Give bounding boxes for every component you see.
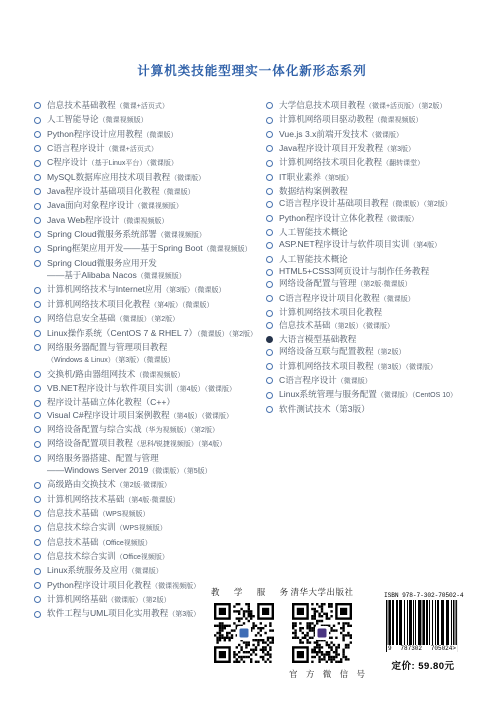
bullet-circle-icon	[34, 539, 41, 546]
book-list-item: Linux系统服务及应用（微课版）	[34, 564, 270, 578]
bullet-circle-icon	[266, 102, 273, 109]
bullet-circle-icon	[34, 582, 41, 589]
book-list-item: Java Web程序设计（微课视频版）	[34, 214, 270, 228]
bullet-circle-icon	[34, 217, 41, 224]
book-list-item: 软件测试技术（第3版）	[266, 403, 502, 415]
book-title-line: 交换机/路由器组网技术（微课视频版）	[47, 368, 270, 382]
bullet-circle-icon	[34, 231, 41, 238]
barcode-digit-group: 9	[387, 645, 393, 653]
bullet-circle-icon	[34, 131, 41, 138]
book-list-left-column: 信息技术基础教程（微课+活页式）人工智能导论（微课视频版）Python程序设计应…	[34, 99, 270, 622]
book-title-line: ASP.NET程序设计与软件项目实训（第4版）	[279, 238, 502, 252]
book-title-line: Python程序设计立体化教程（微课版）	[279, 212, 502, 226]
bullet-circle-icon	[34, 400, 41, 407]
press-wechat-qr-code-icon	[292, 603, 352, 663]
book-title-line: Linux系统服务及应用（微课版）	[47, 564, 270, 578]
book-title-line: Java程序设计基础项目化教程（微课版）	[47, 185, 270, 199]
book-title-line: IT职业素养（第5版）	[279, 171, 502, 185]
barcode-digits: 9 787302 705024>	[387, 645, 457, 653]
bullet-circle-icon	[266, 215, 273, 222]
bullet-circle-icon	[34, 102, 41, 109]
bullet-circle-icon	[266, 310, 273, 317]
bullet-circle-icon	[34, 596, 41, 603]
book-list-item: 计算机网络基础（微课版）（第2版）	[34, 593, 270, 607]
book-title-line: 计算机网络技术项目化教程	[279, 306, 502, 318]
bullet-circle-icon	[34, 482, 41, 489]
bullet-circle-icon	[34, 412, 41, 419]
book-title-line: MySQL数据库应用技术项目教程（微课版）	[47, 171, 270, 185]
bullet-circle-icon	[34, 301, 41, 308]
book-title-line: 软件工程与UML项目化实用教程（第3版）	[47, 607, 270, 621]
bullet-circle-icon	[266, 377, 273, 384]
book-title-line: C语言程序设计（微课版）	[279, 374, 502, 388]
book-title-line: Python程序设计应用教程（微课版）	[47, 128, 270, 142]
bullet-circle-icon	[34, 117, 41, 124]
book-title-line: 人工智能技术概论	[279, 253, 502, 265]
book-title-line: ——Windows Server 2019（微课版）（第5版）	[47, 464, 270, 478]
book-list-item: 人工智能技术概论	[266, 226, 502, 238]
press-label: 清华大学出版社	[289, 586, 355, 598]
book-title-line: 软件测试技术（第3版）	[279, 403, 502, 415]
book-title-line: Java面向对象程序设计（微课视频版）	[47, 199, 270, 213]
barcode-digit-group: 705024>	[430, 645, 457, 653]
book-list-item: C语言程序设计（微课+活页式）	[34, 142, 270, 156]
book-title-line: 大语言模型基础教程	[279, 333, 502, 345]
book-title-line: Java程序设计项目开发教程（第3版）	[279, 142, 502, 156]
book-list-item: Spring Cloud微服务系统部署（微课视频版）	[34, 228, 270, 242]
book-list-item: Java程序设计项目开发教程（第3版）	[266, 142, 502, 156]
book-list-item: 网络设备互联与配置教程（第2版）	[266, 345, 502, 359]
book-list-item: 交换机/路由器组网技术（微课视频版）	[34, 368, 270, 382]
book-title-line: ——基于Alibaba Nacos（微课视频版）	[47, 269, 270, 283]
bullet-filled-icon	[266, 336, 273, 343]
book-list-item: 人工智能技术概论	[266, 253, 502, 265]
bullet-circle-icon	[266, 174, 273, 181]
book-list-item: 大学信息技术项目教程（微课+活页版）（第2版）	[266, 99, 502, 113]
book-title-line: 信息技术基础（Office视频版）	[47, 536, 270, 550]
book-title-line: 计算机网络技术项目化教程（第4版）（微课版）	[47, 298, 270, 312]
book-list-item: 信息技术基础（WPS视频版）	[34, 507, 270, 521]
book-title-line: Spring Cloud微服务系统部署（微课视频版）	[47, 228, 270, 242]
book-title-line: 计算机网络技术项目教程（第3版）（微课版）	[279, 360, 502, 374]
book-title-line: Spring框架应用开发——基于Spring Boot（微课视频版）	[47, 242, 270, 256]
barcode-digit-group: 787302	[399, 645, 423, 653]
bullet-circle-icon	[266, 349, 273, 356]
book-list-item: 信息技术综合实训（WPS视频版）	[34, 521, 270, 535]
wechat-caption: 官 方 微 信 号	[289, 668, 355, 680]
isbn-block: ISBN 978-7-302-70502-4 9 787302 705024> …	[384, 592, 462, 672]
bullet-circle-icon	[34, 441, 41, 448]
bullet-circle-icon	[266, 281, 273, 288]
book-title-line: Visual C#程序设计项目案例教程（第4版）（微课版）	[47, 409, 270, 423]
book-list-item: Vue.js 3.x前端开发技术（微课版）	[266, 128, 502, 142]
bullet-circle-icon	[34, 426, 41, 433]
book-list-item: 计算机网络技术与Internet应用（第3版）（微课版）	[34, 283, 270, 297]
book-title-line: 信息技术基础（第2版）（微课版）	[279, 319, 502, 333]
bullet-circle-icon	[34, 174, 41, 181]
book-title-line: 数据结构案例教程	[279, 185, 502, 197]
book-title-line: 计算机网络技术基础（第4版·微课版）	[47, 493, 270, 507]
book-title-line: C语言程序设计项目化教程（微课版）	[279, 292, 502, 306]
book-list-item: 计算机网络技术项目化教程（翻转课堂）	[266, 156, 502, 170]
book-list-item: 计算机网络技术项目化教程	[266, 306, 502, 318]
book-list-item: Spring框架应用开发——基于Spring Boot（微课视频版）	[34, 242, 270, 256]
book-list-item: HTML5+CSS3网页设计与制作任务教程	[266, 265, 502, 277]
book-list-item: Python程序设计应用教程（微课版）	[34, 128, 270, 142]
bullet-circle-icon	[266, 229, 273, 236]
book-title-line: 计算机网络技术项目化教程（翻转课堂）	[279, 156, 502, 170]
bullet-circle-icon	[34, 160, 41, 167]
bullet-circle-icon	[34, 203, 41, 210]
bullet-circle-icon	[266, 145, 273, 152]
book-title-line: 计算机网络项目驱动教程（微课视频版）	[279, 113, 502, 127]
book-title-line: 网络服务器搭建、配置与管理	[47, 452, 270, 464]
book-list-item: 信息技术基础（第2版）（微课版）	[266, 319, 502, 333]
price-label: 定价: 59.80元	[384, 658, 462, 672]
bullet-circle-icon	[34, 145, 41, 152]
book-list-item: 程序设计基础立体化教程（C++）	[34, 396, 270, 408]
book-title-line: 信息技术基础教程（微课+活页式）	[47, 99, 270, 113]
book-title-line: C程序设计（基于Linux平台）（微课版）	[47, 156, 270, 170]
book-title-line: 大学信息技术项目教程（微课+活页版）（第2版）	[279, 99, 502, 113]
bullet-circle-icon	[266, 295, 273, 302]
book-list-item: ASP.NET程序设计与软件项目实训（第4版）	[266, 238, 502, 252]
book-title-line: Linux操作系统（CentOS 7 & RHEL 7）（微课版）（第2版）	[47, 327, 270, 341]
book-list-item: C语言程序设计项目化教程（微课版）	[266, 292, 502, 306]
book-list-item: 软件工程与UML项目化实用教程（第3版）	[34, 607, 270, 621]
book-title-line: （Windows & Linux）（第3版）（微课版）	[47, 353, 270, 367]
book-list-item: Java程序设计基础项目化教程（微课版）	[34, 185, 270, 199]
bullet-circle-icon	[34, 344, 41, 351]
book-list-item: 网络设备配置与管理（第2版·微课版）	[266, 277, 502, 291]
book-list-item: 网络设备配置与综合实战（华为视频版）（第2版）	[34, 423, 270, 437]
book-list-item: Visual C#程序设计项目案例教程（第4版）（微课版）	[34, 409, 270, 423]
book-list-item: 高级路由交换技术（第2版·微课版）	[34, 478, 270, 492]
book-list-item: IT职业素养（第5版）	[266, 171, 502, 185]
bullet-circle-icon	[34, 287, 41, 294]
book-title-line: 高级路由交换技术（第2版·微课版）	[47, 478, 270, 492]
bullet-circle-icon	[34, 330, 41, 337]
bullet-circle-icon	[266, 392, 273, 399]
book-title-line: HTML5+CSS3网页设计与制作任务教程	[279, 265, 502, 277]
bullet-circle-icon	[34, 246, 41, 253]
book-title-line: 人工智能技术概论	[279, 226, 502, 238]
book-title-line: 网络设备配置项目教程（思科/锐捷视频版）（第4版）	[47, 437, 270, 451]
book-list-item: VB.NET程序设计与软件项目实训（第4版）（微课版）	[34, 382, 270, 396]
book-list-item: 网络服务器配置与管理项目教程（Windows & Linux）（第3版）（微课版…	[34, 341, 270, 368]
book-list-item: 大语言模型基础教程	[266, 333, 502, 345]
bullet-circle-icon	[266, 201, 273, 208]
bullet-circle-icon	[34, 371, 41, 378]
bullet-circle-icon	[266, 322, 273, 329]
bullet-circle-icon	[34, 510, 41, 517]
book-title-line: Spring Cloud微服务应用开发	[47, 257, 270, 269]
book-list-item: 网络设备配置项目教程（思科/锐捷视频版）（第4版）	[34, 437, 270, 451]
bullet-circle-icon	[34, 496, 41, 503]
book-title-line: Java Web程序设计（微课视频版）	[47, 214, 270, 228]
book-list-item: C语言程序设计（微课版）	[266, 374, 502, 388]
book-list-item: 信息技术基础教程（微课+活页式）	[34, 99, 270, 113]
book-list-item: Linux操作系统（CentOS 7 & RHEL 7）（微课版）（第2版）	[34, 327, 270, 341]
book-title-line: C语言程序设计基础项目教程（微课版）（第2版）	[279, 197, 502, 211]
book-title-line: VB.NET程序设计与软件项目实训（第4版）（微课版）	[47, 382, 270, 396]
book-list-item: Java面向对象程序设计（微课视频版）	[34, 199, 270, 213]
bullet-circle-icon	[266, 269, 273, 276]
book-title-line: 信息技术综合实训（Office视频版）	[47, 550, 270, 564]
bullet-circle-icon	[266, 363, 273, 370]
bullet-circle-icon	[266, 406, 273, 413]
book-list-item: 网络服务器搭建、配置与管理——Windows Server 2019（微课版）（…	[34, 452, 270, 479]
bullet-circle-icon	[266, 131, 273, 138]
book-title-line: Vue.js 3.x前端开发技术（微课版）	[279, 128, 502, 142]
book-list-item: 人工智能导论（微课视频版）	[34, 113, 270, 127]
book-list-item: Python程序设计项目化教程（微课视频版）	[34, 579, 270, 593]
book-list-right-column: 大学信息技术项目教程（微课+活页版）（第2版）计算机网络项目驱动教程（微课视频版…	[266, 99, 502, 415]
book-title-line: 信息技术基础（WPS视频版）	[47, 507, 270, 521]
book-title-line: 计算机网络技术与Internet应用（第3版）（微课版）	[47, 283, 270, 297]
bullet-circle-icon	[266, 256, 273, 263]
book-list-item: 网络信息安全基础（微课版）（第2版）	[34, 312, 270, 326]
bullet-circle-icon	[34, 553, 41, 560]
book-back-cover: 计算机类技能型理实一体化新形态系列 信息技术基础教程（微课+活页式）人工智能导论…	[0, 0, 504, 710]
book-title-line: 网络服务器配置与管理项目教程	[47, 341, 270, 353]
ean13-barcode-icon: 9 787302 705024>	[384, 600, 460, 653]
bullet-circle-icon	[34, 525, 41, 532]
book-list-item: C语言程序设计基础项目教程（微课版）（第2版）	[266, 197, 502, 211]
book-title-line: Linux系统管理与服务配置（微课版）（CentOS 10）	[279, 388, 502, 402]
bullet-circle-icon	[34, 188, 41, 195]
book-title-line: 网络设备配置与管理（第2版·微课版）	[279, 277, 502, 291]
bullet-circle-icon	[34, 455, 41, 462]
isbn-number: ISBN 978-7-302-70502-4	[384, 592, 462, 599]
book-title-line: Python程序设计项目化教程（微课视频版）	[47, 579, 270, 593]
series-title: 计算机类技能型理实一体化新形态系列	[0, 61, 504, 79]
bullet-circle-icon	[266, 160, 273, 167]
bullet-circle-icon	[266, 117, 273, 124]
book-list-item: 计算机网络技术基础（第4版·微课版）	[34, 493, 270, 507]
book-list-item: 计算机网络项目驱动教程（微课视频版）	[266, 113, 502, 127]
book-title-line: 信息技术综合实训（WPS视频版）	[47, 521, 270, 535]
bullet-circle-icon	[34, 316, 41, 323]
book-list-item: MySQL数据库应用技术项目教程（微课版）	[34, 171, 270, 185]
book-title-line: 人工智能导论（微课视频版）	[47, 113, 270, 127]
bullet-circle-icon	[34, 611, 41, 618]
book-list-item: 数据结构案例教程	[266, 185, 502, 197]
book-title-line: C语言程序设计（微课+活页式）	[47, 142, 270, 156]
book-title-line: 程序设计基础立体化教程（C++）	[47, 396, 270, 408]
book-title-line: 网络信息安全基础（微课版）（第2版）	[47, 312, 270, 326]
book-title-line: 网络设备互联与配置教程（第2版）	[279, 345, 502, 359]
book-list-item: C程序设计（基于Linux平台）（微课版）	[34, 156, 270, 170]
bullet-circle-icon	[266, 188, 273, 195]
book-title-line: 计算机网络基础（微课版）（第2版）	[47, 593, 270, 607]
book-list-item: Python程序设计立体化教程（微课版）	[266, 212, 502, 226]
bullet-circle-icon	[34, 260, 41, 267]
book-list-item: 信息技术基础（Office视频版）	[34, 536, 270, 550]
bullet-circle-icon	[34, 568, 41, 575]
book-list-item: Linux系统管理与服务配置（微课版）（CentOS 10）	[266, 388, 502, 402]
book-list-item: 计算机网络技术项目化教程（第4版）（微课版）	[34, 298, 270, 312]
book-title-line: 网络设备配置与综合实战（华为视频版）（第2版）	[47, 423, 270, 437]
bullet-circle-icon	[34, 385, 41, 392]
bullet-circle-icon	[266, 242, 273, 249]
book-list-item: 计算机网络技术项目教程（第3版）（微课版）	[266, 360, 502, 374]
book-list-item: 信息技术综合实训（Office视频版）	[34, 550, 270, 564]
book-list-item: Spring Cloud微服务应用开发——基于Alibaba Nacos（微课视…	[34, 257, 270, 284]
